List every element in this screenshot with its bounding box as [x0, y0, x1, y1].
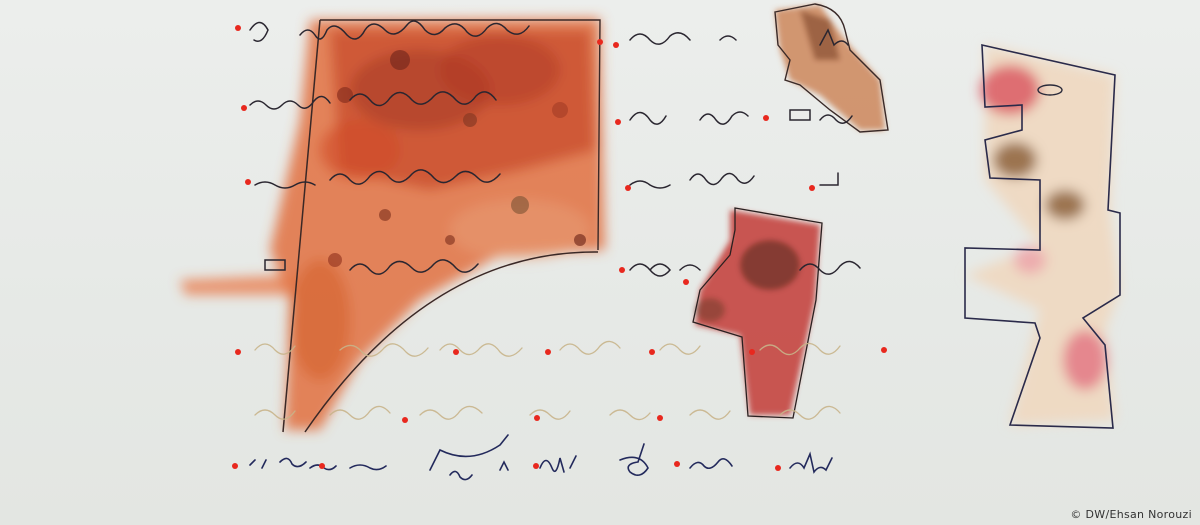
- rust-figure-top: [775, 5, 885, 130]
- artwork-photo: © DW/Ehsan Norouzi: [0, 0, 1200, 525]
- red-figure-middle: [695, 210, 820, 415]
- calligraphy-blue: [250, 435, 832, 480]
- pink-figure-right: [965, 45, 1120, 425]
- painting-illustration: [0, 0, 1200, 525]
- photo-credit: © DW/Ehsan Norouzi: [1070, 508, 1192, 521]
- orange-wash-block: [180, 18, 605, 430]
